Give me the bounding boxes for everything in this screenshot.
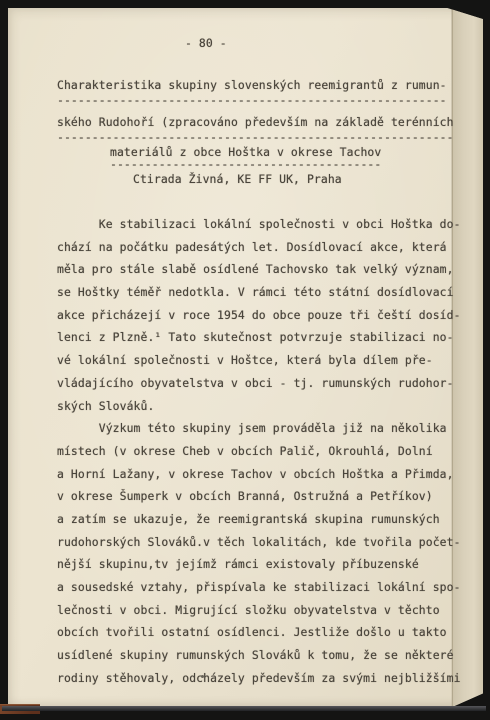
document-page: - 80 - Charakteristika skupiny slovenský… bbox=[8, 8, 483, 706]
paper-speck bbox=[201, 675, 204, 678]
page-bottom-shadow bbox=[2, 706, 486, 711]
body-line: se Hoštky téměř nedotkla. V rámci této s… bbox=[57, 281, 461, 304]
body-line: rudohorských Slováků.v těch lokalitách, … bbox=[57, 531, 461, 554]
body-line: místech (v okrese Cheb v obcích Palič, O… bbox=[57, 440, 461, 463]
body-line: lečnosti v obci. Migrující složku obyvat… bbox=[57, 599, 461, 622]
body-line: chází na počátku padesátých let. Dosídlo… bbox=[57, 236, 461, 259]
body-line: akce přicházejí v roce 1954 do obce pouz… bbox=[57, 304, 461, 327]
scanned-page-photo: - 80 - Charakteristika skupiny slovenský… bbox=[0, 0, 490, 720]
body-line: vládajícího obyvatelstva v obci - tj. ru… bbox=[57, 372, 461, 395]
body-line: vé lokální společnosti v Hoštce, která b… bbox=[57, 349, 461, 372]
body-line: a zatím se ukazuje, že reemigrantská sku… bbox=[57, 508, 461, 531]
author-line: Ctirada Živná, KE FF UK, Praha bbox=[133, 172, 342, 186]
title-line-2: ského Rudohoří (zpracováno především na … bbox=[57, 115, 454, 129]
page-number: - 80 - bbox=[185, 36, 227, 50]
title-underline-3: --------------------------------------- bbox=[110, 157, 381, 171]
body-line: měla pro stále slabě osídlené Tachovsko … bbox=[57, 258, 461, 281]
body-text: Ke stabilizaci lokální společnosti v obc… bbox=[57, 213, 461, 689]
body-line: v okrese Šumperk v obcích Branná, Ostruž… bbox=[57, 485, 461, 508]
body-line: ských Slováků. bbox=[57, 395, 461, 418]
title-underline-1: ----------------------------------------… bbox=[57, 93, 447, 107]
body-line: a sousedské vztahy, přispívala ke stabil… bbox=[57, 576, 461, 599]
body-line: usídlené skupiny rumunských Slováků k to… bbox=[57, 644, 461, 667]
title-line-1: Charakteristika skupiny slovenských reem… bbox=[57, 78, 447, 92]
body-line: Ke stabilizaci lokální společnosti v obc… bbox=[57, 213, 461, 236]
body-line: a Horní Lažany, v okrese Tachov v obcích… bbox=[57, 463, 461, 486]
body-line: obcích tvořili ostatní osídlenci. Jestli… bbox=[57, 621, 461, 644]
body-line: nější skupinu,tv jejímž rámci existovaly… bbox=[57, 553, 461, 576]
body-line: rodiny stěhovaly, odcházely především za… bbox=[57, 667, 461, 690]
body-line: Výzkum této skupiny jsem prováděla již n… bbox=[57, 417, 461, 440]
body-line: lenci z Plzně.¹ Tato skutečnost potvrzuj… bbox=[57, 326, 461, 349]
title-underline-2: ----------------------------------------… bbox=[57, 130, 454, 144]
